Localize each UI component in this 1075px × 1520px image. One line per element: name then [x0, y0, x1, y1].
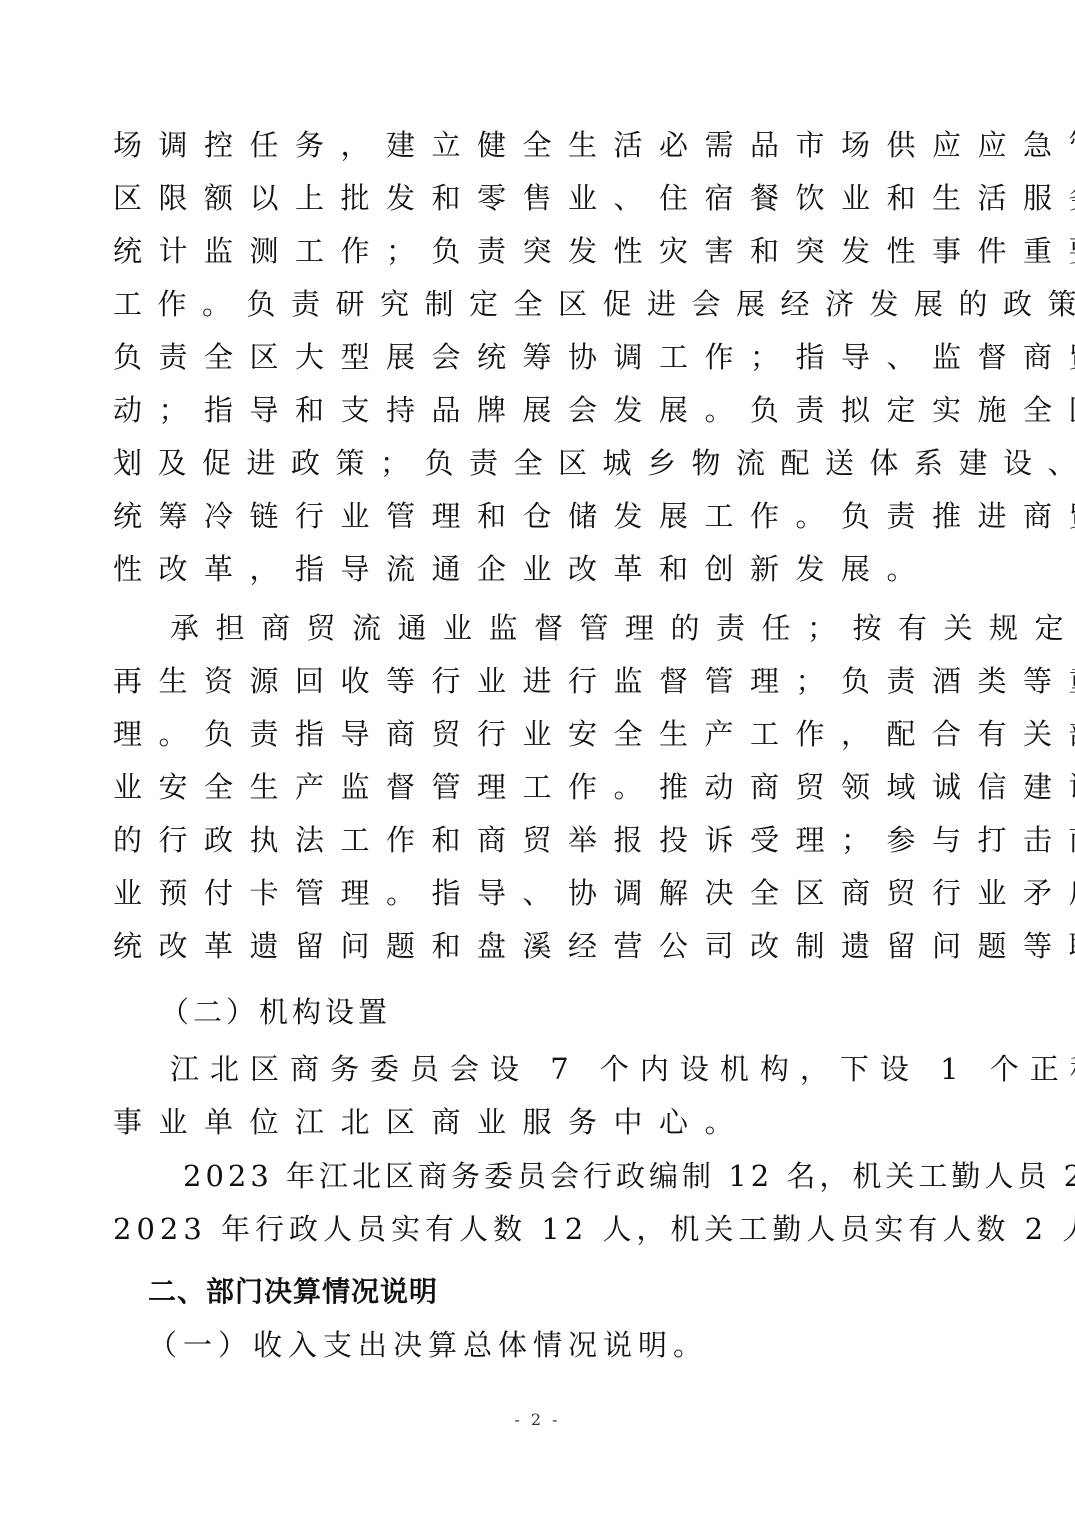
paragraph-line: 承担商贸流通业监督管理的责任；按有关规定对成品油流通、: [170, 608, 1075, 648]
paragraph-line: 业预付卡管理。指导、协调解决全区商贸行业矛盾纠纷、原商贸系: [113, 873, 1075, 913]
paragraph-line: 区限额以上批发和零售业、住宿餐饮业和生活服务业等行业管理及: [113, 178, 1075, 218]
paragraph-line: 统计监测工作；负责突发性灾害和突发性事件重要商品的储备管理: [113, 231, 1075, 271]
paragraph-line: 事业单位江北区商业服务中心。: [113, 1102, 750, 1142]
paragraph-line: 统筹冷链行业管理和仓储发展工作。负责推进商贸领域供给侧结构: [113, 496, 1075, 536]
paragraph-line: 工作。负责研究制定全区促进会展经济发展的政策措施并组织实施；: [113, 284, 1075, 324]
paragraph-line: 江北区商务委员会设 7 个内设机构，下设 1 个正科级全额拨款: [170, 1049, 1075, 1089]
section-heading: （二）机构设置: [160, 992, 391, 1032]
paragraph-line: 划及促进政策；负责全区城乡物流配送体系建设、电商物流工作；: [113, 443, 1075, 483]
paragraph-line: 统改革遗留问题和盘溪经营公司改制遗留问题等职能职责。: [113, 926, 1075, 966]
paragraph-line: 负责全区大型展会统筹协调工作；指导、监督商贸领域各类促销活: [113, 337, 1075, 377]
paragraph-line: 2023 年江北区商务委员会行政编制 12 名，机关工勤人员 2 名，: [183, 1156, 1075, 1196]
subsection-heading: （一）收入支出决算总体情况说明。: [148, 1325, 708, 1365]
paragraph-line: 业安全生产监督管理工作。推动商贸领域诚信建设，负责商贸领域: [113, 767, 1075, 807]
paragraph-line: 理。负责指导商贸行业安全生产工作，配合有关部门做好商贸服务: [113, 714, 1075, 754]
paragraph-line: 动；指导和支持品牌展会发展。负责拟定实施全区商贸物流发展规: [113, 390, 1075, 430]
page-number: - 2 -: [0, 1410, 1075, 1429]
paragraph-line: 再生资源回收等行业进行监督管理；负责酒类等重要商品经营的管: [113, 661, 1075, 701]
paragraph-line: 性改革，指导流通企业改革和创新发展。: [113, 549, 932, 589]
paragraph-line: 场调控任务，建立健全生活必需品市场供应应急管理机制；负责全: [113, 125, 1075, 165]
chapter-heading: 二、部门决算情况说明: [148, 1272, 438, 1312]
document-page: 场调控任务，建立健全生活必需品市场供应应急管理机制；负责全 区限额以上批发和零售…: [0, 0, 1075, 1520]
paragraph-line: 的行政执法工作和商贸举报投诉受理；参与打击商业欺诈，负责商: [113, 820, 1075, 860]
paragraph-line: 2023 年行政人员实有人数 12 人，机关工勤人员实有人数 2 人。: [113, 1209, 1075, 1249]
